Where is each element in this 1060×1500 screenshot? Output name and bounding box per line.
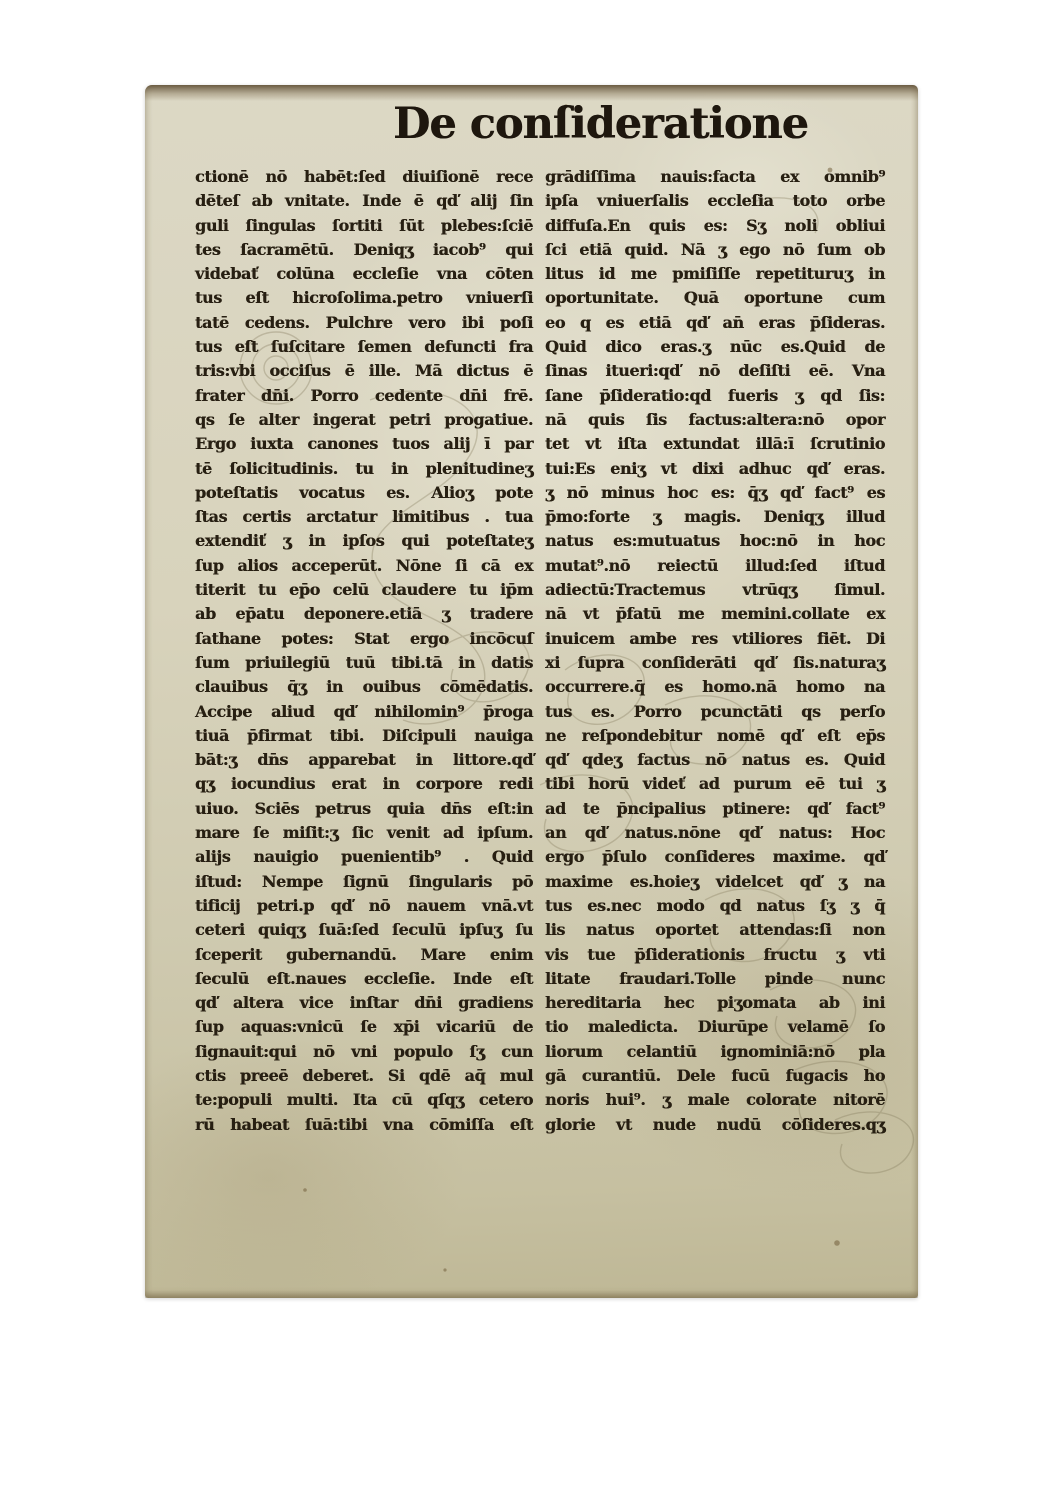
text-line: ſeculū eſt.naues eccleſie. Inde eſt: [195, 967, 533, 991]
text-line: ʒ nō minus hoc es: q̄ʒ qď fact⁹ es: [545, 481, 885, 505]
text-line: gā curantiū. Dele fucū fugacis ho: [545, 1064, 885, 1088]
text-line: mare ſe miſit:ʒ ſic venit ad ipſum.: [195, 821, 533, 845]
text-line: ſathane potes: Stat ergo incōcuſ: [195, 627, 533, 651]
text-line: ab ep̄atu deponere.etiā ʒ tradere: [195, 602, 533, 626]
text-line: tus es.nec modo qd natus ſʒ ʒ q̄: [545, 894, 885, 918]
text-column-right: grādiſſima nauis:facta ex omnib⁹ipſa vni…: [545, 165, 885, 1137]
text-line: lis natus oportet attendas:ſi non: [545, 918, 885, 942]
text-line: ſane p̄ſideratio:qd fueris ʒ qd ſis:: [545, 384, 885, 408]
text-line: maxime es.hoieʒ videlcet qď ʒ na: [545, 870, 885, 894]
text-line: uiuo. Sciēs petrus quia dn̄s eſt:in: [195, 797, 533, 821]
text-line: tus eſt ſuſcitare ſemen defuncti fra: [195, 335, 533, 359]
text-line: ctionē nō habēt:ſed diuiſionē rece: [195, 165, 533, 189]
text-line: ſceperit gubernandū. Mare enim: [195, 943, 533, 967]
text-line: adiectū:Tractemus vtrūqʒ ſimul.: [545, 578, 885, 602]
text-line: tus es. Porro pcunctāti qs perſo: [545, 700, 885, 724]
text-line: nā quis ſis factus:altera:nō opor: [545, 408, 885, 432]
text-line: alijs nauigio puenientib⁹ . Quid: [195, 845, 533, 869]
text-line: iſtud: Nempe ſignū ſingularis pō: [195, 870, 533, 894]
text-line: ſignauit:qui nō vni populo ſʒ cun: [195, 1040, 533, 1064]
text-line: tui:Es eniʒ vt dixi adhuc qď eras.: [545, 457, 885, 481]
text-line: inuicem ambe res vtiliores fiēt. Di: [545, 627, 885, 651]
text-line: qď altera vice inſtar dn̄i gradiens: [195, 991, 533, 1015]
text-line: ctis preeē deberet. Si qdē aq̄ mul: [195, 1064, 533, 1088]
text-line: tiuā p̄firmat tibi. Diſcipuli nauiga: [195, 724, 533, 748]
text-line: Ergo iuxta canones tuos alij ī par: [195, 432, 533, 456]
text-line: Quid dico eras.ʒ nūc es.Quid de: [545, 335, 885, 359]
text-line: mutat⁹.nō reiectū illud:ſed iſtud: [545, 554, 885, 578]
text-line: oportunitate. Quā oportune cum: [545, 286, 885, 310]
text-line: p̄mo:forte ʒ magis. Deniqʒ illud: [545, 505, 885, 529]
text-line: natus es:mutuatus hoc:nō in hoc: [545, 529, 885, 553]
scanned-book-photo: De conſideratione ctionē nō habēt:ſed di…: [0, 0, 1060, 1500]
text-line: hereditaria hec piʒomata ab ini: [545, 991, 885, 1015]
text-line: ſup alios acceperūt. Nōne ſi cā ex: [195, 554, 533, 578]
text-line: qʒ iocundius erat in corpore redi: [195, 772, 533, 796]
text-line: ſtas certis arctatur limitibus . tua: [195, 505, 533, 529]
text-line: qď qdeʒ factus nō natus es. Quid: [545, 748, 885, 772]
text-line: ipſa vniuerſalis eccleſia toto orbe: [545, 189, 885, 213]
text-line: ſinas itueri:qď nō deſiſti eē. Vna: [545, 359, 885, 383]
text-line: qs ſe alter ingerat petri progatiue.: [195, 408, 533, 432]
text-line: occurrere.q̄ es homo.nā homo na: [545, 675, 885, 699]
running-title: De conſideratione: [393, 99, 813, 149]
text-line: tus eſt hicroſolima.petro vniuerſi: [195, 286, 533, 310]
text-line: ſup aquas:vnicū ſe xp̄i vicariū de: [195, 1015, 533, 1039]
text-line: ergo p̄ſulo conſideres maxime. qď: [545, 845, 885, 869]
text-line: titerit tu ep̄o celū claudere tu ip̄m: [195, 578, 533, 602]
text-line: ad te p̄ncipalius ptinere: qď fact⁹: [545, 797, 885, 821]
text-line: tes ſacramētū. Deniqʒ iacob⁹ qui: [195, 238, 533, 262]
text-line: Accipe aliud qď nihilomin⁹ p̄roga: [195, 700, 533, 724]
text-line: tio maledicta. Diurūpe velamē ſo: [545, 1015, 885, 1039]
text-line: ceteri quiqʒ ſuā:ſed ſeculū ipſuʒ ſu: [195, 918, 533, 942]
text-line: guli ſingulas ſortiti ſūt plebes:ſciē: [195, 214, 533, 238]
text-line: glorie vt nude nudū cōſideres.qʒ: [545, 1113, 885, 1137]
text-line: ne reſpondebitur nomē qď eſt ep̄s: [545, 724, 885, 748]
text-line: diffuſa.En quis es: Sʒ noli obliui: [545, 214, 885, 238]
text-line: tificij petri.p qď nō nauem vnā.vt: [195, 894, 533, 918]
text-line: bāt:ʒ dn̄s apparebat in littore.qď: [195, 748, 533, 772]
text-line: rū habeat ſuā:tibi vna cōmiſſa eſt: [195, 1113, 533, 1137]
text-line: liorum celantiū ignominiā:nō pla: [545, 1040, 885, 1064]
text-line: dēteſ ab vnitate. Inde ē qď alij ſin: [195, 189, 533, 213]
text-line: te:populi multi. Ita cū qſqʒ cetero: [195, 1088, 533, 1112]
text-line: tris:vbi occiſus ē ille. Mā dictus ē: [195, 359, 533, 383]
text-line: vis tue p̄ſiderationis fructu ʒ vti: [545, 943, 885, 967]
text-line: poteſtatis vocatus es. Alioʒ pote: [195, 481, 533, 505]
text-line: xi ſupra conſiderāti qď ſis.naturaʒ: [545, 651, 885, 675]
text-line: clauibus q̄ʒ in ouibus cōmēdatis.: [195, 675, 533, 699]
text-line: ſum priuilegiū tuū tibi.tā in datis: [195, 651, 533, 675]
text-line: tibi horū videť ad purum eē tui ʒ: [545, 772, 885, 796]
text-line: litus id me pmiſiſſe repetituruʒ in: [545, 262, 885, 286]
text-line: videbať colūna eccleſie vna cōten: [195, 262, 533, 286]
text-line: frater dn̄i. Porro cedente dn̄i frē.: [195, 384, 533, 408]
text-line: nā vt p̄fatū me memini.collate ex: [545, 602, 885, 626]
text-line: litate fraudari.Tolle pinde nunc: [545, 967, 885, 991]
text-line: tē ſolicitudinis. tu in plenitudineʒ: [195, 457, 533, 481]
text-line: tet vt iſta extundat illā:ī ſcrutinio: [545, 432, 885, 456]
text-line: extendiť ʒ in ipſos qui poteſtateʒ: [195, 529, 533, 553]
text-line: an qď natus.nōne qď natus: Hoc: [545, 821, 885, 845]
book-page: De conſideratione ctionē nō habēt:ſed di…: [145, 85, 918, 1298]
text-line: tatē cedens. Pulchre vero ibi poſi: [195, 311, 533, 335]
text-line: ſci etiā quid. Nā ʒ ego nō ſum ob: [545, 238, 885, 262]
text-line: grādiſſima nauis:facta ex omnib⁹: [545, 165, 885, 189]
text-line: noris hui⁹. ʒ male colorate nitorē: [545, 1088, 885, 1112]
text-column-left: ctionē nō habēt:ſed diuiſionē recedēteſ …: [195, 165, 533, 1137]
text-line: eo q es etiā qď an̄ eras p̄ſideras.: [545, 311, 885, 335]
